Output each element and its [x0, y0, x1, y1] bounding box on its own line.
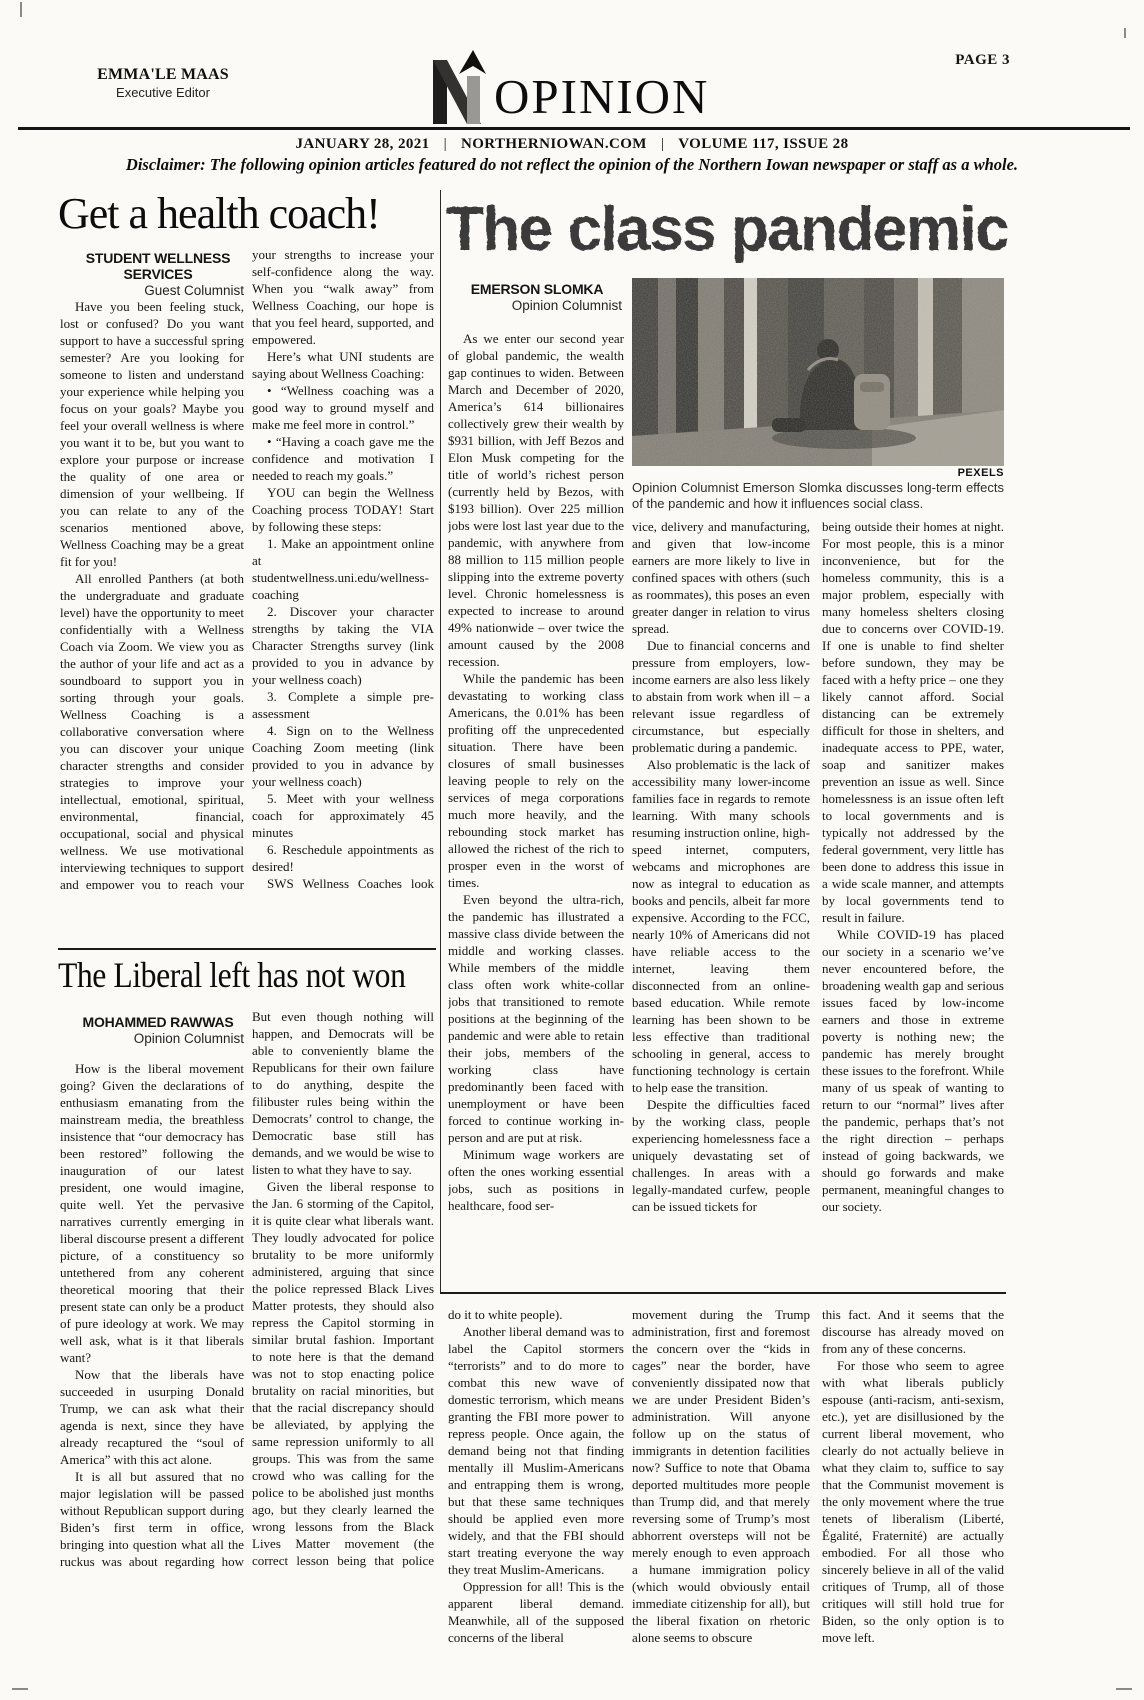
byline-liberal-left: MOHAMMED RAWWAS Opinion Columnist	[72, 1014, 244, 1046]
paragraph: For those who seem to agree with what li…	[822, 1357, 1004, 1646]
byline-health-coach: STUDENT WELLNESS SERVICES Guest Columnis…	[72, 250, 244, 298]
byline-role: Opinion Columnist	[452, 298, 622, 313]
paragraph-bullet: • “Wellness coaching was a good way to g…	[252, 382, 434, 433]
bottom-section-rule	[440, 1292, 1006, 1294]
byline-class-pandemic: EMERSON SLOMKA Opinion Columnist	[452, 281, 622, 313]
paragraph: But even though nothing will happen, and…	[252, 1008, 434, 1178]
page-number: PAGE 3	[860, 52, 1010, 69]
header-rule	[18, 127, 1130, 130]
dateline-issue: VOLUME 117, ISSUE 28	[678, 136, 848, 152]
class-pandemic-col3: being outside their homes at night. For …	[822, 518, 1004, 1264]
article-photo	[632, 278, 1004, 466]
byline-author: EMERSON SLOMKA	[452, 281, 622, 297]
dateline: JANUARY 28, 2021|NORTHERNIOWAN.COM|VOLUM…	[0, 136, 1144, 153]
liberal-left-col4: movement during the Trump administration…	[632, 1306, 810, 1668]
column-divider-vertical	[440, 190, 441, 1292]
paragraph: SWS Wellness Coaches look forward to hel…	[252, 875, 434, 890]
liberal-left-col1: How is the liberal movement going? Given…	[60, 1060, 244, 1572]
byline-author: STUDENT WELLNESS SERVICES	[72, 250, 244, 282]
headline-class-pandemic: The class pandemic	[446, 194, 1008, 265]
crop-mark-top-right	[1124, 28, 1126, 38]
paragraph-step: 3. Complete a simple pre-assessment	[252, 688, 434, 722]
paragraph: this fact. And it seems that the discour…	[822, 1306, 1004, 1357]
paragraph: YOU can begin the Wellness Coaching proc…	[252, 484, 434, 535]
paragraph: How is the liberal movement going? Given…	[60, 1060, 244, 1366]
section-title: OPINION	[494, 68, 709, 125]
paragraph: being outside their homes at night. For …	[822, 518, 1004, 926]
paragraph-step: 4. Sign on to the Wellness Coaching Zoom…	[252, 722, 434, 790]
crop-mark-bottom-right	[1116, 1688, 1132, 1690]
health-coach-col2: your strengths to increase your self-con…	[252, 246, 434, 890]
health-coach-col1: Have you been feeling stuck, lost or con…	[60, 298, 244, 890]
headline-health-coach: Get a health coach!	[58, 188, 438, 239]
paragraph: Despite the difficulties faced by the wo…	[632, 1096, 810, 1215]
masthead-editor: EMMA'LE MAAS Executive Editor	[78, 66, 248, 100]
paragraph-step: 6. Reschedule appointments as desired!	[252, 841, 434, 875]
paragraph: All enrolled Panthers (at both the under…	[60, 570, 244, 890]
paragraph-step: 2. Discover your character strengths by …	[252, 603, 434, 688]
northern-iowan-logo-icon	[428, 50, 486, 126]
crop-mark-top-left	[20, 2, 22, 17]
crop-mark-bottom-left	[12, 1688, 28, 1690]
paragraph: Due to financial concerns and pressure f…	[632, 637, 810, 756]
paragraph: movement during the Trump administration…	[632, 1306, 810, 1646]
paragraph: Oppression for all! This is the apparent…	[448, 1578, 624, 1646]
byline-role: Guest Columnist	[72, 283, 244, 298]
paragraph: Now that the liberals have succeeded in …	[60, 1366, 244, 1468]
paragraph-step: 5. Meet with your wellness coach for app…	[252, 790, 434, 841]
paragraph: Even beyond the ultra-rich, the pandemic…	[448, 891, 624, 1146]
paragraph: It is all but assured that no major legi…	[60, 1468, 244, 1572]
paragraph: While COVID-19 has placed our society in…	[822, 926, 1004, 1215]
paragraph: Minimum wage workers are often the ones …	[448, 1146, 624, 1214]
opinion-disclaimer: Disclaimer: The following opinion articl…	[0, 155, 1144, 175]
photo-credit: PEXELS	[832, 467, 1004, 479]
byline-author: MOHAMMED RAWWAS	[72, 1014, 244, 1030]
paragraph: Here’s what UNI students are saying abou…	[252, 348, 434, 382]
paragraph-step: 1. Make an appointment online at student…	[252, 535, 434, 603]
liberal-left-col3: do it to white people). Another liberal …	[448, 1306, 624, 1668]
paragraph: Also problematic is the lack of accessib…	[632, 756, 810, 1096]
byline-role: Opinion Columnist	[72, 1031, 244, 1046]
paragraph: Given the liberal response to the Jan. 6…	[252, 1178, 434, 1572]
editor-name: EMMA'LE MAAS	[78, 66, 248, 84]
paragraph-bullet: • “Having a coach gave me the confidence…	[252, 433, 434, 484]
headline-liberal-left: The Liberal left has not won	[58, 954, 405, 996]
paragraph: As we enter our second year of global pa…	[448, 330, 624, 670]
paragraph: your strengths to increase your self-con…	[252, 246, 434, 348]
class-pandemic-col2: vice, delivery and manufacturing, and gi…	[632, 518, 810, 1264]
paragraph: Another liberal demand was to label the …	[448, 1323, 624, 1578]
editor-title: Executive Editor	[78, 85, 248, 100]
dateline-date: JANUARY 28, 2021	[296, 136, 430, 152]
liberal-left-col5: this fact. And it seems that the discour…	[822, 1306, 1004, 1668]
newspaper-page: EMMA'LE MAAS Executive Editor OPINION PA…	[0, 0, 1144, 1700]
paragraph: Have you been feeling stuck, lost or con…	[60, 298, 244, 570]
class-pandemic-col1: As we enter our second year of global pa…	[448, 330, 624, 1264]
dateline-site: NORTHERNIOWAN.COM	[461, 136, 647, 152]
paragraph: While the pandemic has been devastating …	[448, 670, 624, 891]
paragraph: vice, delivery and manufacturing, and gi…	[632, 518, 810, 637]
photo-caption: Opinion Columnist Emerson Slomka discuss…	[632, 480, 1004, 512]
liberal-left-col2: But even though nothing will happen, and…	[252, 1008, 434, 1572]
liberal-article-rule	[58, 948, 436, 950]
paragraph: do it to white people).	[448, 1306, 624, 1323]
photo-illustration	[632, 278, 1004, 466]
